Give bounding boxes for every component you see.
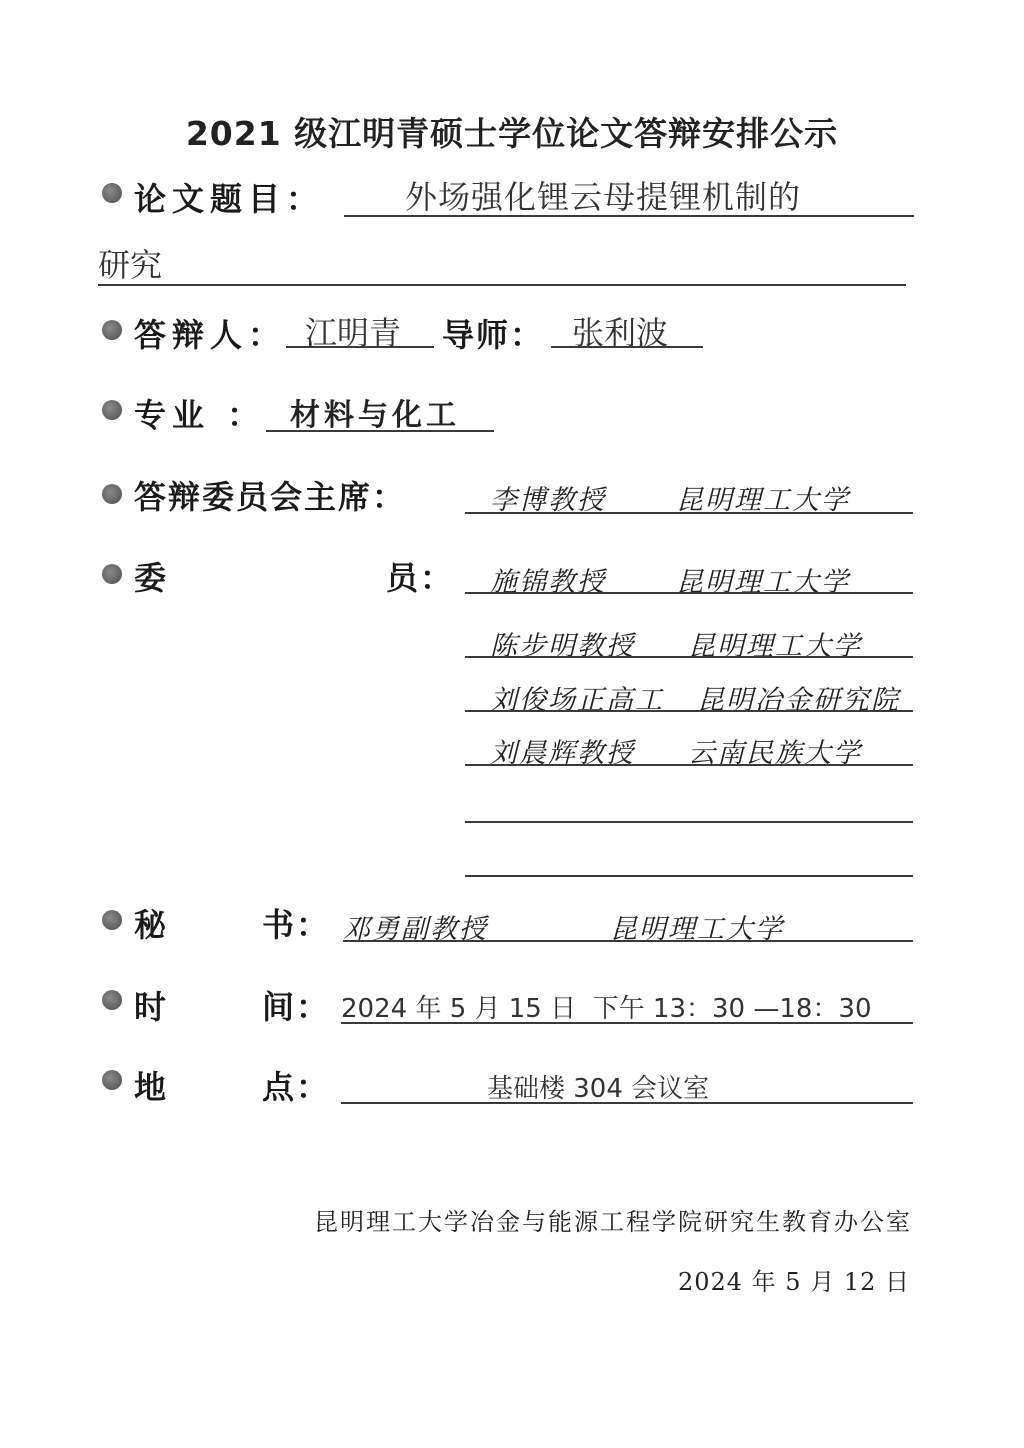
major-label: 专业 ： bbox=[134, 390, 265, 436]
bullet-icon bbox=[102, 564, 122, 584]
advisor-label: 导师： bbox=[442, 310, 544, 356]
underline bbox=[266, 430, 494, 432]
bullet-icon bbox=[102, 910, 122, 930]
underline-empty bbox=[465, 875, 913, 877]
bullet-icon bbox=[102, 990, 122, 1010]
underline bbox=[341, 1022, 913, 1024]
thesis-title-line1: 外场强化锂云母提锂机制的 bbox=[405, 172, 801, 218]
bullet-icon bbox=[102, 400, 122, 420]
members-label-a: 委 bbox=[134, 553, 172, 599]
underline bbox=[343, 940, 913, 942]
bullet-icon bbox=[102, 320, 122, 340]
underline bbox=[465, 592, 913, 594]
underline bbox=[465, 764, 913, 766]
members-label-b: 员： bbox=[386, 553, 454, 599]
underline bbox=[341, 1102, 913, 1104]
secretary-label-a: 秘 bbox=[134, 900, 172, 946]
bullet-icon bbox=[102, 1070, 122, 1090]
bullet-icon bbox=[102, 484, 122, 504]
time-label-b: 间： bbox=[262, 982, 330, 1028]
underline bbox=[465, 512, 913, 514]
underline bbox=[551, 346, 703, 348]
defender-label: 答辩人： bbox=[134, 310, 286, 356]
time-label-a: 时 bbox=[134, 982, 172, 1028]
issue-date: 2024 年 5 月 12 日 bbox=[678, 1262, 910, 1297]
underline bbox=[286, 346, 434, 348]
place-label-a: 地 bbox=[134, 1062, 172, 1108]
thesis-label: 论文题目： bbox=[134, 174, 324, 220]
issuer: 昆明理工大学冶金与能源工程学院研究生教育办公室 bbox=[314, 1202, 912, 1237]
major-value: 材料与化工 bbox=[290, 390, 460, 434]
thesis-title-line2: 研究 bbox=[98, 240, 162, 286]
underline bbox=[98, 284, 906, 286]
underline bbox=[465, 710, 913, 712]
underline-empty bbox=[465, 821, 913, 823]
place-value: 基础楼 304 会议室 bbox=[487, 1068, 709, 1105]
underline bbox=[344, 215, 914, 217]
time-value: 2024 年 5 月 15 日 下午 13：30 —18：30 bbox=[341, 988, 872, 1025]
page-title: 2021 级江明青硕士学位论文答辩安排公示 bbox=[0, 108, 1024, 155]
chair-label: 答辩委员会主席： bbox=[134, 472, 406, 518]
bullet-icon bbox=[102, 183, 122, 203]
place-label-b: 点： bbox=[262, 1062, 330, 1108]
secretary-label-b: 书： bbox=[262, 900, 330, 946]
underline bbox=[465, 656, 913, 658]
